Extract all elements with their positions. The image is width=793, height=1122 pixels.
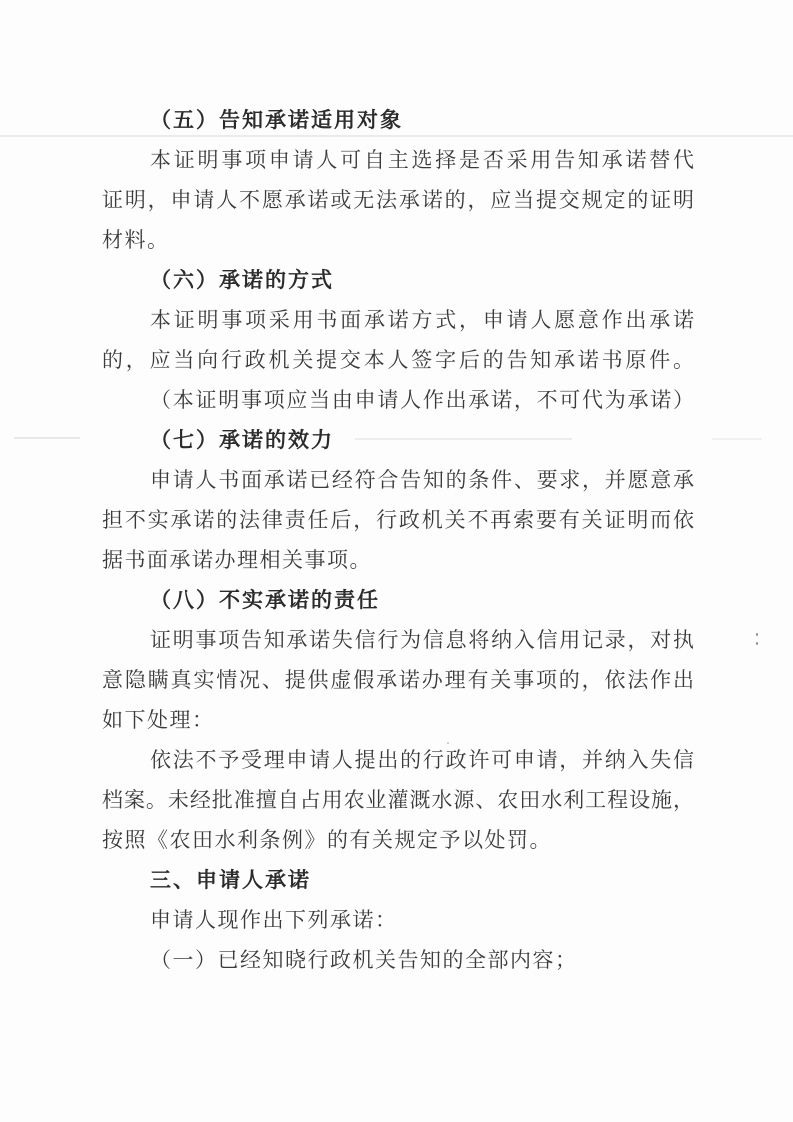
paragraph-line: 证明事项告知承诺失信行为信息将纳入信用记录，对执 (102, 620, 694, 660)
paragraph-line: 担不实承诺的法律责任后，行政机关不再索要有关证明而依 (102, 500, 694, 540)
scan-streak (14, 437, 80, 439)
scan-speck (756, 633, 758, 636)
paragraph-line: 据书面承诺办理相关事项。 (102, 540, 694, 580)
paragraph-line: 如下处理： (102, 700, 694, 740)
scan-speck (756, 642, 758, 645)
paragraph-line: 申请人现作出下列承诺： (102, 900, 694, 940)
section-6-heading: （六）承诺的方式 (102, 260, 694, 300)
paragraph-line: 申请人书面承诺已经符合告知的条件、要求，并愿意承 (102, 460, 694, 500)
paragraph-line: 意隐瞒真实情况、提供虚假承诺办理有关事项的，依法作出 (102, 660, 694, 700)
section-8-heading: （八）不实承诺的责任 (102, 580, 694, 620)
paragraph-line: 档案。未经批准擅自占用农业灌溉水源、农田水利工程设施， (102, 780, 694, 820)
paragraph-line: 本证明事项申请人可自主选择是否采用告知承诺替代 (102, 140, 694, 180)
part-3-heading: 三、申请人承诺 (102, 860, 694, 900)
paragraph-line: 本证明事项采用书面承诺方式，申请人愿意作出承诺 (102, 300, 694, 340)
paragraph-line: （本证明事项应当由申请人作出承诺，不可代为承诺） (102, 380, 694, 420)
paragraph-line: 证明，申请人不愿承诺或无法承诺的，应当提交规定的证明 (102, 180, 694, 220)
paragraph-line: 的，应当向行政机关提交本人签字后的告知承诺书原件。 (102, 340, 694, 380)
document-text: （五）告知承诺适用对象 本证明事项申请人可自主选择是否采用告知承诺替代 证明，申… (102, 100, 694, 980)
scan-streak (712, 438, 762, 440)
section-7-heading: （七）承诺的效力 (102, 420, 694, 460)
paragraph-line: 依法不予受理申请人提出的行政许可申请，并纳入失信 (102, 740, 694, 780)
paragraph-line: 材料。 (102, 220, 694, 260)
paragraph-line: （一）已经知晓行政机关告知的全部内容； (102, 940, 694, 980)
section-5-heading: （五）告知承诺适用对象 (102, 100, 694, 140)
document-page: （五）告知承诺适用对象 本证明事项申请人可自主选择是否采用告知承诺替代 证明，申… (0, 0, 793, 1122)
paragraph-line: 按照《农田水利条例》的有关规定予以处罚。 (102, 820, 694, 860)
